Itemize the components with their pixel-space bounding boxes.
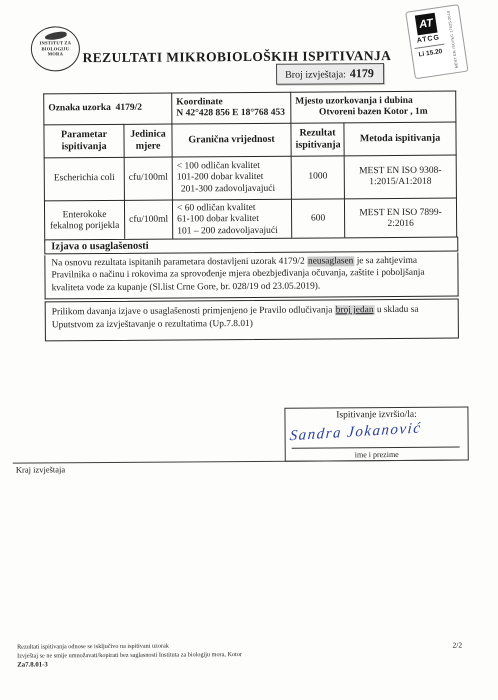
conformity-statement: Na osnovu rezultata ispitanih parametara… bbox=[44, 253, 458, 300]
signature-line bbox=[292, 447, 460, 449]
sample-info-row: Oznaka uzorka 4179/2 Koordinate N 42°428… bbox=[44, 91, 456, 125]
footer-document-code: Za7.8.01-3 bbox=[17, 659, 242, 670]
limit-cell: < 100 odličan kvalitet 101-200 dobar kva… bbox=[172, 156, 291, 200]
sample-id-cell: Oznaka uzorka 4179/2 bbox=[44, 93, 172, 125]
stamp-code: Li 15.20 bbox=[418, 48, 443, 58]
accreditation-stamp: AT ATCG Li 15.20 MEST EN ISO/IEC 17025:2… bbox=[405, 4, 468, 79]
table-row: Enterokoke fekalnog porijekla cfu/100ml … bbox=[44, 198, 456, 242]
document-page: INSTITUT ZA BIOLOGIJU MORA REZULTATI MIK… bbox=[0, 0, 498, 700]
unit-cell: cfu/100ml bbox=[124, 157, 172, 200]
page-indicator: 2/2 bbox=[452, 641, 462, 650]
sample-label: Oznaka uzorka bbox=[48, 103, 111, 113]
coordinates-label: Koordinate bbox=[176, 96, 286, 108]
signature-caption: ime i prezime bbox=[286, 449, 468, 459]
report-number-value: 4179 bbox=[350, 66, 374, 80]
decision-rule-statement: Prilikom davanja izjave o usaglašenosti … bbox=[45, 299, 459, 342]
sample-value: 4179/2 bbox=[116, 103, 142, 113]
location-value: Otvoreni bazen Kotor , 1m bbox=[295, 107, 451, 119]
report-number-label: Broj izvještaja: bbox=[285, 69, 346, 80]
column-header-limit: Granična vrijednost bbox=[172, 123, 291, 157]
footer-notes: Rezultati ispitivanja odnose se isključi… bbox=[17, 642, 242, 670]
coordinates-value: N 42°428 856 E 18°768 453 bbox=[176, 108, 286, 120]
at-monogram-icon: AT bbox=[415, 13, 438, 36]
table-row: Escherichia coli cfu/100ml < 100 odličan… bbox=[44, 155, 456, 201]
scanned-content: INSTITUT ZA BIOLOGIJU MORA REZULTATI MIK… bbox=[0, 0, 498, 700]
parameter-cell: Enterokoke fekalnog porijekla bbox=[44, 200, 124, 242]
limit-cell: < 60 odličan kvalitet 61-100 dobar kvali… bbox=[172, 199, 291, 241]
column-header-method: Metoda ispitivanja bbox=[344, 122, 456, 156]
decision-rule-highlight: broj jedan bbox=[335, 305, 375, 315]
decision-text: Prilikom davanja izjave o usaglašenosti … bbox=[52, 305, 335, 317]
conformity-highlight: neusaglasen bbox=[307, 256, 354, 266]
end-of-report-divider bbox=[13, 459, 465, 463]
end-of-report-label: Kraj izvještaja bbox=[16, 464, 65, 474]
table-header-row: Parametar ispitivanja Jedinica mjere Gra… bbox=[44, 122, 456, 158]
signature-handwriting: Sandra Jokanović bbox=[289, 418, 462, 445]
column-header-unit: Jedinica mjere bbox=[124, 124, 172, 157]
column-header-parameter: Parametar ispitivanja bbox=[44, 124, 124, 158]
method-cell: MEST EN ISO 7899-2:2016 bbox=[344, 198, 456, 240]
stamp-name: ATCG bbox=[416, 34, 440, 44]
result-cell: 600 bbox=[291, 199, 344, 240]
method-cell: MEST EN ISO 9308-1:2015/A1:2018 bbox=[344, 155, 456, 199]
unit-cell: cfu/100ml bbox=[124, 200, 172, 241]
conformity-text: Na osnovu rezultata ispitanih parametara… bbox=[51, 257, 307, 269]
results-table: Oznaka uzorka 4179/2 Koordinate N 42°428… bbox=[43, 91, 457, 243]
location-cell: Mjesto uzorkovanja i dubina Otvoreni baz… bbox=[291, 91, 456, 123]
column-header-result: Rezultat ispitivanja bbox=[291, 123, 344, 156]
parameter-cell: Escherichia coli bbox=[44, 157, 124, 201]
result-cell: 1000 bbox=[291, 156, 344, 199]
coordinates-cell: Koordinate N 42°428 856 E 18°768 453 bbox=[172, 92, 291, 124]
report-number-box: Broj izvještaja:4179 bbox=[276, 63, 384, 85]
signature-box: Ispitivanje izvršio/la: Sandra Jokanović… bbox=[284, 406, 468, 461]
conformity-heading: Izjava o usaglašenosti bbox=[44, 237, 458, 255]
